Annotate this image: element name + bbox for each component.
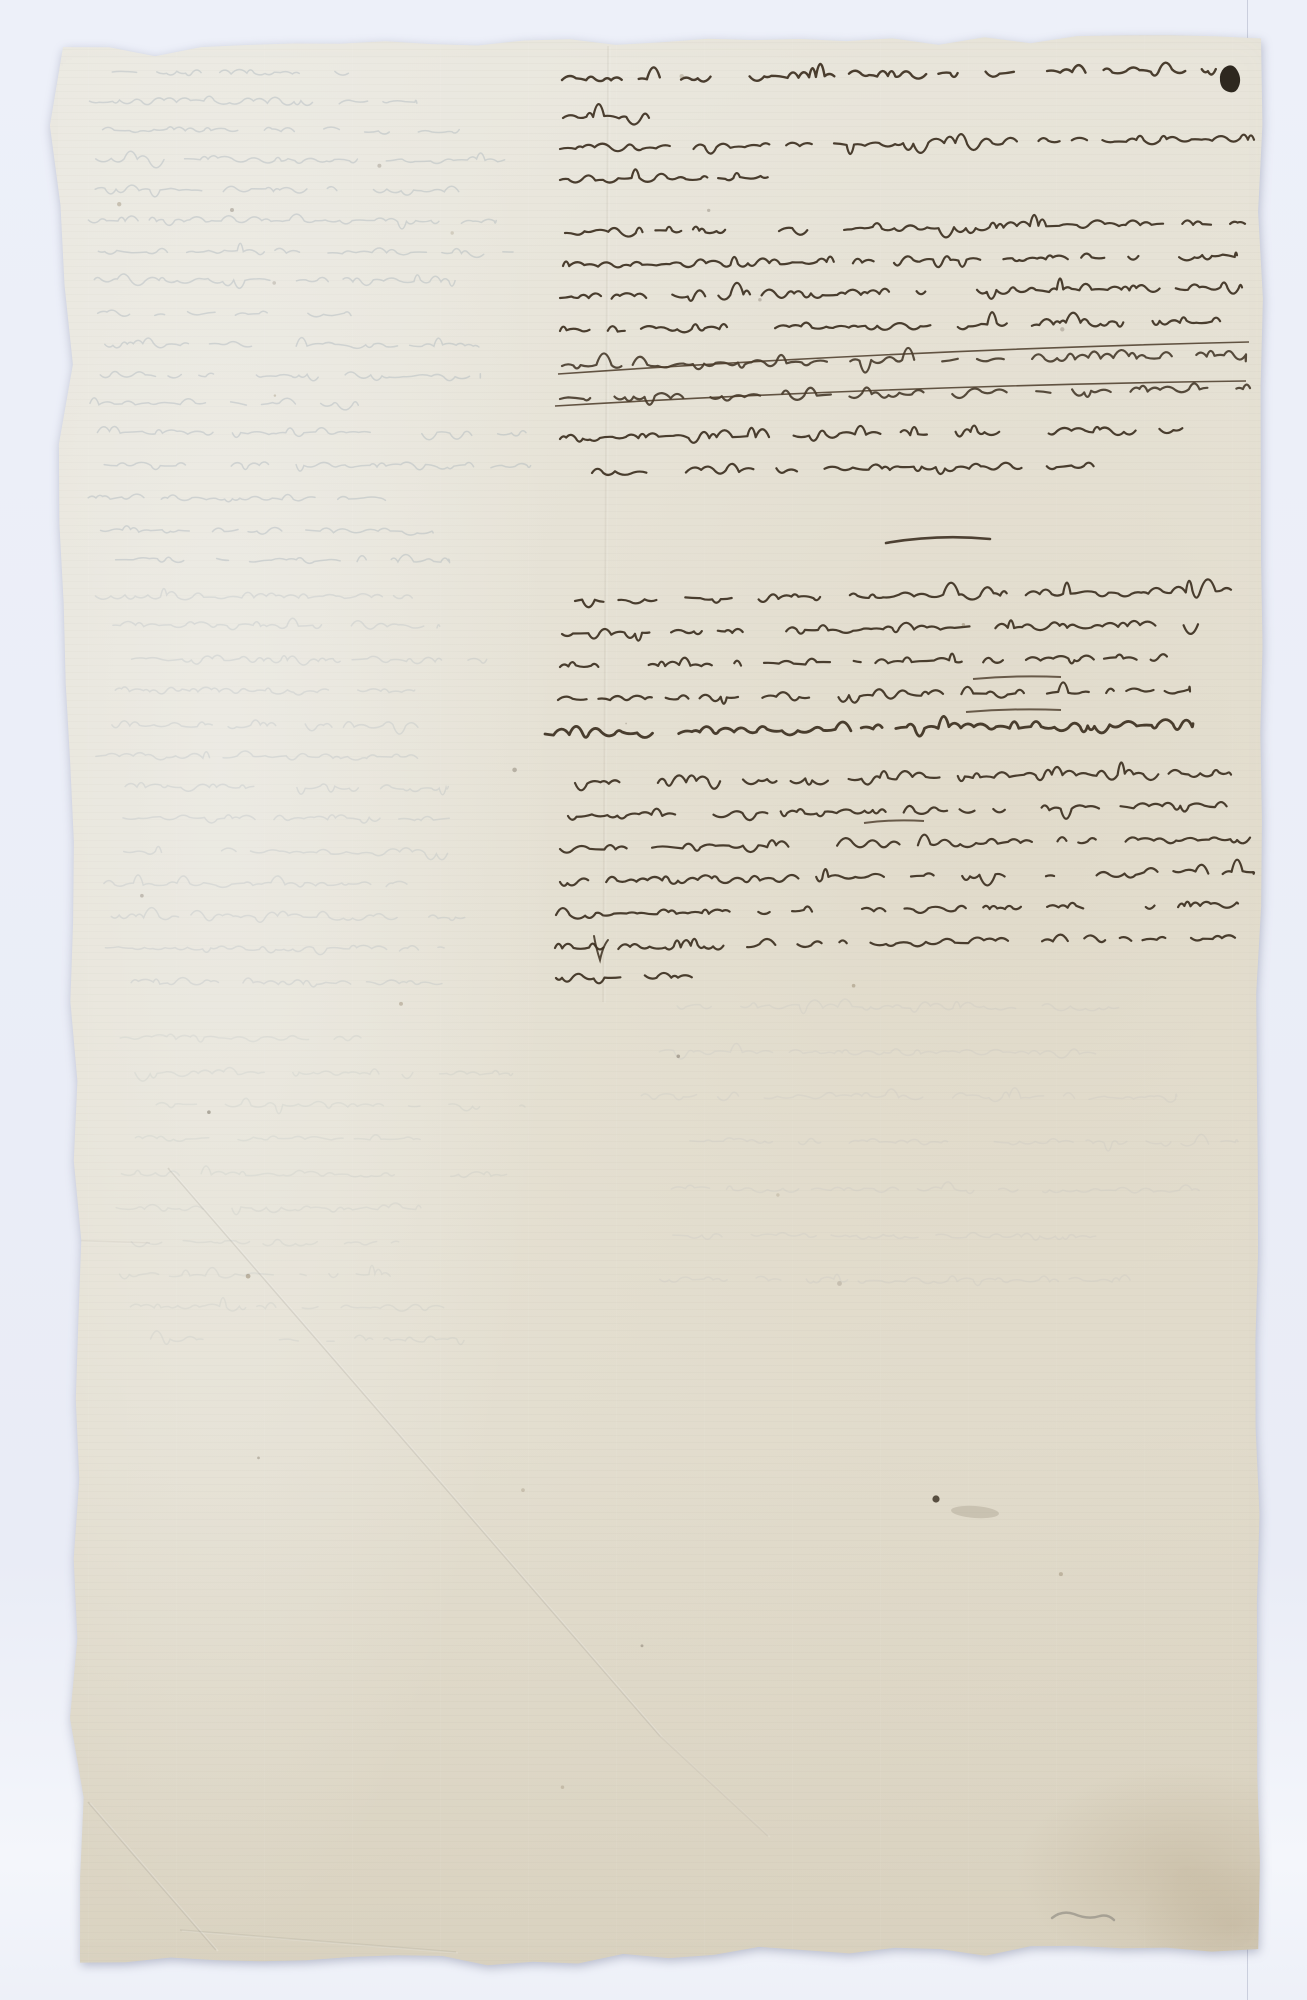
scanner-bed: Scanned handwritten manuscript leaf Sing… [0, 0, 1307, 2000]
manuscript-page [0, 0, 1307, 2000]
manuscript-page-wrap [0, 0, 1307, 2000]
